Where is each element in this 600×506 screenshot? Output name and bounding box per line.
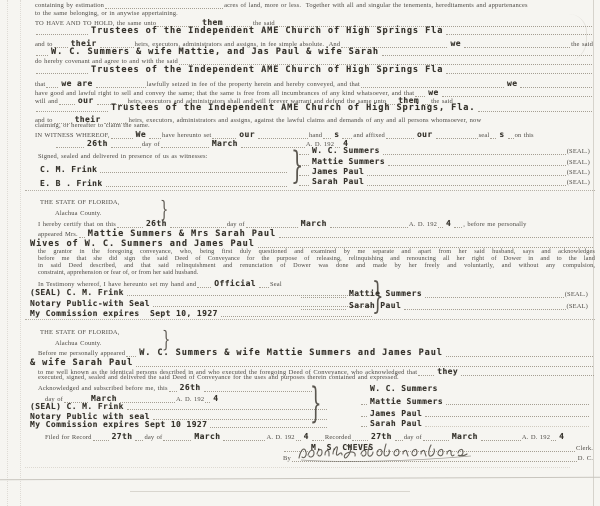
witness-row-1: C. M. Frink: [38, 165, 288, 174]
form-text: day of: [144, 434, 162, 442]
deed-record-page: { "colors": {"paper":"#f6f5f1","ink":"#4…: [0, 0, 600, 506]
dower-paragraph-3: in said Deed described, and that said re…: [38, 262, 595, 269]
deputy-clerk-signature: [295, 441, 485, 465]
commission-expiry: My Commission expires Sept 10 1927: [28, 420, 209, 429]
dotted-leader: [221, 314, 372, 317]
dotted-leader: [56, 145, 84, 148]
dower-state-heading: THE STATE OF FLORIDA,: [40, 199, 120, 207]
form-text: Before me personally appeared: [38, 350, 125, 358]
claiming-line: claiming, or hereafter to claim the same…: [35, 122, 150, 130]
dotted-leader: [454, 225, 462, 228]
dower-certify-line: I hereby certify that on this26thday ofM…: [38, 219, 594, 229]
seal-label: (SEAL.): [565, 291, 588, 299]
witness-caption: Signed, sealed and delivered in presence…: [38, 153, 208, 161]
state-label: THE STATE OF FLORIDA,: [40, 199, 120, 207]
dotted-leader: [223, 438, 265, 441]
seal-label: (SEAL): [567, 303, 588, 311]
dotted-leader: [446, 71, 592, 74]
dotted-leader: [126, 354, 136, 357]
signer-name: James Paul: [368, 409, 424, 418]
form-text: Acknowledged and subscribed before me, t…: [38, 385, 168, 393]
signer-name: Sarah Paul: [347, 301, 403, 310]
signer-row-1: W. C. Summers(SEAL.): [298, 146, 590, 156]
notary-brace-2: }: [310, 385, 322, 427]
dotted-leader: [330, 225, 408, 228]
typed-fill-We: We: [134, 130, 148, 139]
dotted-leader: [490, 136, 496, 139]
witness-row-2: E. B . Frink: [38, 179, 288, 188]
form-text: claiming, or hereafter to claim the same…: [35, 122, 150, 130]
seal-label: (SEAL.): [567, 169, 590, 177]
dotted-leader: [105, 6, 223, 9]
ack-signer-row-3: James Paul: [360, 409, 590, 418]
typed-fill-s: s: [332, 130, 341, 139]
left-margin-rule-2: [20, 0, 21, 506]
form-text: to the same belonging, or in anywise app…: [35, 10, 178, 18]
typed-fill-official: Official: [212, 279, 258, 288]
typed-grantee-name-final: Trustees of the Independent AME Church o…: [109, 103, 477, 113]
typed-day: 26th: [144, 219, 169, 228]
form-text: appeared Mrs.: [38, 231, 78, 239]
scan-element: [301, 456, 471, 461]
ack-subscribed-line: Acknowledged and subscribed before me, t…: [38, 383, 313, 393]
typed-day: 26th: [85, 139, 110, 148]
ack-executed-line: executed, signed, sealed and delivered t…: [38, 374, 399, 382]
typed-fill-our: our: [237, 130, 257, 139]
form-text: Filed for Record: [45, 434, 92, 442]
grantee-typed-line-1: Trustees of the Independent AME Church o…: [35, 26, 593, 36]
signer-name: Sarah Paul: [310, 177, 366, 186]
ack-county-heading: Alachua County.: [55, 340, 101, 348]
typed-fill-our: our: [415, 130, 435, 139]
dotted-leader: [246, 225, 298, 228]
typed-recorded-year: 4: [557, 432, 566, 441]
dotted-leader: [361, 402, 367, 405]
seal-label: (SEAL.): [567, 148, 590, 156]
dotted-leader: [301, 295, 346, 298]
typed-month: March: [210, 139, 240, 148]
dotted-leader: [361, 424, 367, 427]
dower-appeared-line: appeared Mrs.Mattie Summers & Mrs Sarah …: [38, 229, 594, 239]
form-text: heirs, executors, administrators and ass…: [129, 117, 482, 125]
signer-row-2: Mattie Summers(SEAL.): [298, 157, 590, 167]
seal-label: (SEAL.): [567, 179, 590, 187]
page-bottom-edge-2: [130, 491, 410, 492]
dotted-leader: [161, 145, 209, 148]
form-text: acres of land, more or less. Together wi…: [224, 2, 528, 10]
typed-recorded-month: March: [450, 432, 480, 441]
dotted-leader: [361, 414, 367, 417]
ack-signer-row-4: Sarah Paul: [360, 419, 590, 428]
form-text: I hereby certify that on this: [38, 221, 116, 229]
dotted-leader: [135, 438, 143, 441]
commission-expiry: My Commission expires Sept 10, 1927: [28, 309, 220, 318]
grantee-typed-line-2: Trustees of the Independent AME Church o…: [35, 65, 593, 75]
dower-paragraph-2: before me that she did sign the said Dee…: [38, 255, 595, 262]
dotted-leader: [106, 184, 287, 187]
dotted-leader: [169, 389, 177, 392]
dotted-leader: [301, 307, 346, 310]
form-text: on this: [515, 132, 534, 140]
dotted-leader: [551, 438, 556, 441]
typed-appeared-names: Mattie Summers & Mrs Sarah Paul: [86, 229, 278, 239]
dotted-leader: [425, 295, 564, 298]
seal-label: (SEAL.): [567, 159, 590, 167]
dotted-leader: [170, 225, 226, 228]
dotted-leader: [404, 307, 565, 310]
typed-recorded-day: 27th: [369, 432, 394, 441]
form-text: A. D. 192: [522, 434, 550, 442]
form-text: day of: [142, 141, 160, 149]
typed-grantee-name: Trustees of the Independent AME Church o…: [89, 65, 445, 75]
dotted-leader: [438, 225, 443, 228]
dotted-leader: [36, 71, 88, 74]
form-text: Signed, sealed and delivered in presence…: [38, 153, 208, 161]
signer-name: W. C. Summers: [368, 384, 440, 393]
state-label: THE STATE OF FLORIDA,: [40, 329, 120, 337]
ack-state-heading: THE STATE OF FLORIDA,: [40, 329, 120, 337]
witness-name: E. B . Frink: [38, 179, 105, 188]
dotted-leader: [117, 225, 143, 228]
signer-name: Mattie Summers: [347, 289, 424, 298]
scan-element: [299, 444, 467, 458]
typed-filed-month: March: [192, 432, 222, 441]
signer-name: W. C. Summers: [310, 146, 382, 155]
dotted-leader: [383, 152, 566, 155]
signer-name: Mattie Summers: [310, 157, 387, 166]
typed-day: 26th: [178, 383, 203, 392]
dotted-leader: [163, 438, 191, 441]
county-label: Alachua County.: [55, 340, 101, 348]
typed-filed-year: 4: [302, 432, 311, 441]
signer-row-3: James Paul(SEAL.): [298, 167, 590, 177]
signer-row-4: Sarah Paul(SEAL.): [298, 177, 590, 187]
dotted-leader: [382, 53, 592, 56]
grantors-typed-line: W. C. Summers & wife Mattie, and Jas Pau…: [35, 47, 593, 57]
dower-paragraph-1: the grantor in the foregoing conveyance,…: [38, 248, 595, 255]
county-label: Alachua County.: [55, 210, 101, 218]
dotted-leader: [386, 136, 414, 139]
dotted-leader: [93, 438, 109, 441]
typed-month: March: [299, 219, 329, 228]
dotted-leader: [418, 373, 434, 376]
form-text: , before me personally: [463, 221, 526, 229]
dotted-leader: [446, 402, 589, 405]
witness-brace: }: [291, 149, 303, 187]
form-text: A. D. 192: [409, 221, 437, 229]
dower-signer-row-2: Sarah Paul(SEAL): [300, 301, 588, 311]
signer-name: Mattie Summers: [368, 397, 445, 406]
left-margin-rule: [7, 0, 8, 506]
form-text: A. D. 192: [266, 434, 294, 442]
dotted-leader: [367, 183, 566, 186]
dotted-leader: [478, 109, 592, 112]
section-divider: [25, 190, 595, 191]
faint-rule: [25, 467, 570, 468]
dotted-leader: [508, 136, 514, 139]
dotted-leader: [36, 32, 88, 35]
dotted-leader: [204, 389, 312, 392]
typed-filed-day: 27th: [110, 432, 135, 441]
ack-notary-seal-line: (SEAL) C. M. Frink: [28, 402, 328, 411]
dotted-leader: [100, 170, 287, 173]
typed-grantor-names: W. C. Summers & wife Mattie, and Jas Pau…: [49, 47, 381, 57]
dotted-leader: [367, 173, 566, 176]
habendum-line-1: containing by estimationacres of land, m…: [35, 2, 593, 10]
grantee-typed-line-3: Trustees of the Independent AME Church o…: [35, 103, 593, 113]
dotted-leader: [446, 32, 592, 35]
dotted-leader: [111, 145, 141, 148]
scanned-deed-page: containing by estimationacres of land, m…: [0, 0, 600, 506]
form-text: seal: [479, 132, 490, 140]
form-text: containing by estimation: [35, 2, 104, 10]
dotted-leader: [127, 407, 327, 410]
typed-fill-we-are: we are: [59, 79, 94, 88]
typed-year: 4: [444, 219, 453, 228]
dotted-leader: [425, 424, 589, 427]
ack-commission-line: My Commission expires Sept 10 1927: [28, 420, 328, 429]
typed-fill-they: they: [435, 367, 460, 376]
state-brace: }: [160, 199, 168, 221]
form-text: executed, signed, sealed and delivered t…: [38, 374, 399, 382]
dower-county-heading: Alachua County.: [55, 210, 101, 218]
notary-title: Notary Public-with Seal: [28, 299, 152, 308]
dotted-leader: [36, 109, 108, 112]
dotted-leader: [388, 163, 566, 166]
ack-signer-row-2: Mattie Summers: [360, 397, 590, 406]
dotted-leader: [425, 414, 589, 417]
ack-signer-row-1: W. C. Summers: [368, 384, 593, 393]
dower-signer-row-1: Mattie Summers(SEAL.): [300, 289, 588, 299]
dc-label: D. C.: [578, 455, 593, 463]
typed-grantee-name: Trustees of the Independent AME Church o…: [89, 26, 445, 36]
dotted-leader: [79, 235, 85, 238]
section-divider-2: [25, 319, 595, 320]
page-bottom-edge: [0, 477, 600, 481]
habendum-line-2: to the same belonging, or in anywise app…: [35, 10, 178, 18]
dotted-leader: [436, 136, 478, 139]
form-text: day of: [227, 221, 245, 229]
typed-fill-s: s: [497, 130, 506, 139]
typed-appeared-names: W. C. Summers & wife Mattie Summers and …: [137, 348, 445, 358]
dotted-leader: [461, 373, 594, 376]
notary-name: (SEAL) C. M. Frink: [28, 288, 126, 297]
by-label: By: [283, 455, 291, 463]
dotted-leader: [279, 235, 593, 238]
typed-fill-we: we: [505, 79, 519, 88]
witness-name: C. M. Frink: [38, 165, 99, 174]
dotted-leader: [481, 438, 521, 441]
dotted-leader: [446, 354, 593, 357]
dower-paragraph-4: constraint, apprehension or fear of, or …: [38, 269, 198, 276]
notary-name: (SEAL) C. M. Frink: [28, 402, 126, 411]
signer-name: Sarah Paul: [368, 419, 424, 428]
dotted-leader: [36, 53, 48, 56]
clerk-label: Clerk.: [576, 445, 593, 453]
signer-name: James Paul: [310, 167, 366, 176]
ack-before-line: Before me personally appearedW. C. Summe…: [38, 348, 594, 358]
